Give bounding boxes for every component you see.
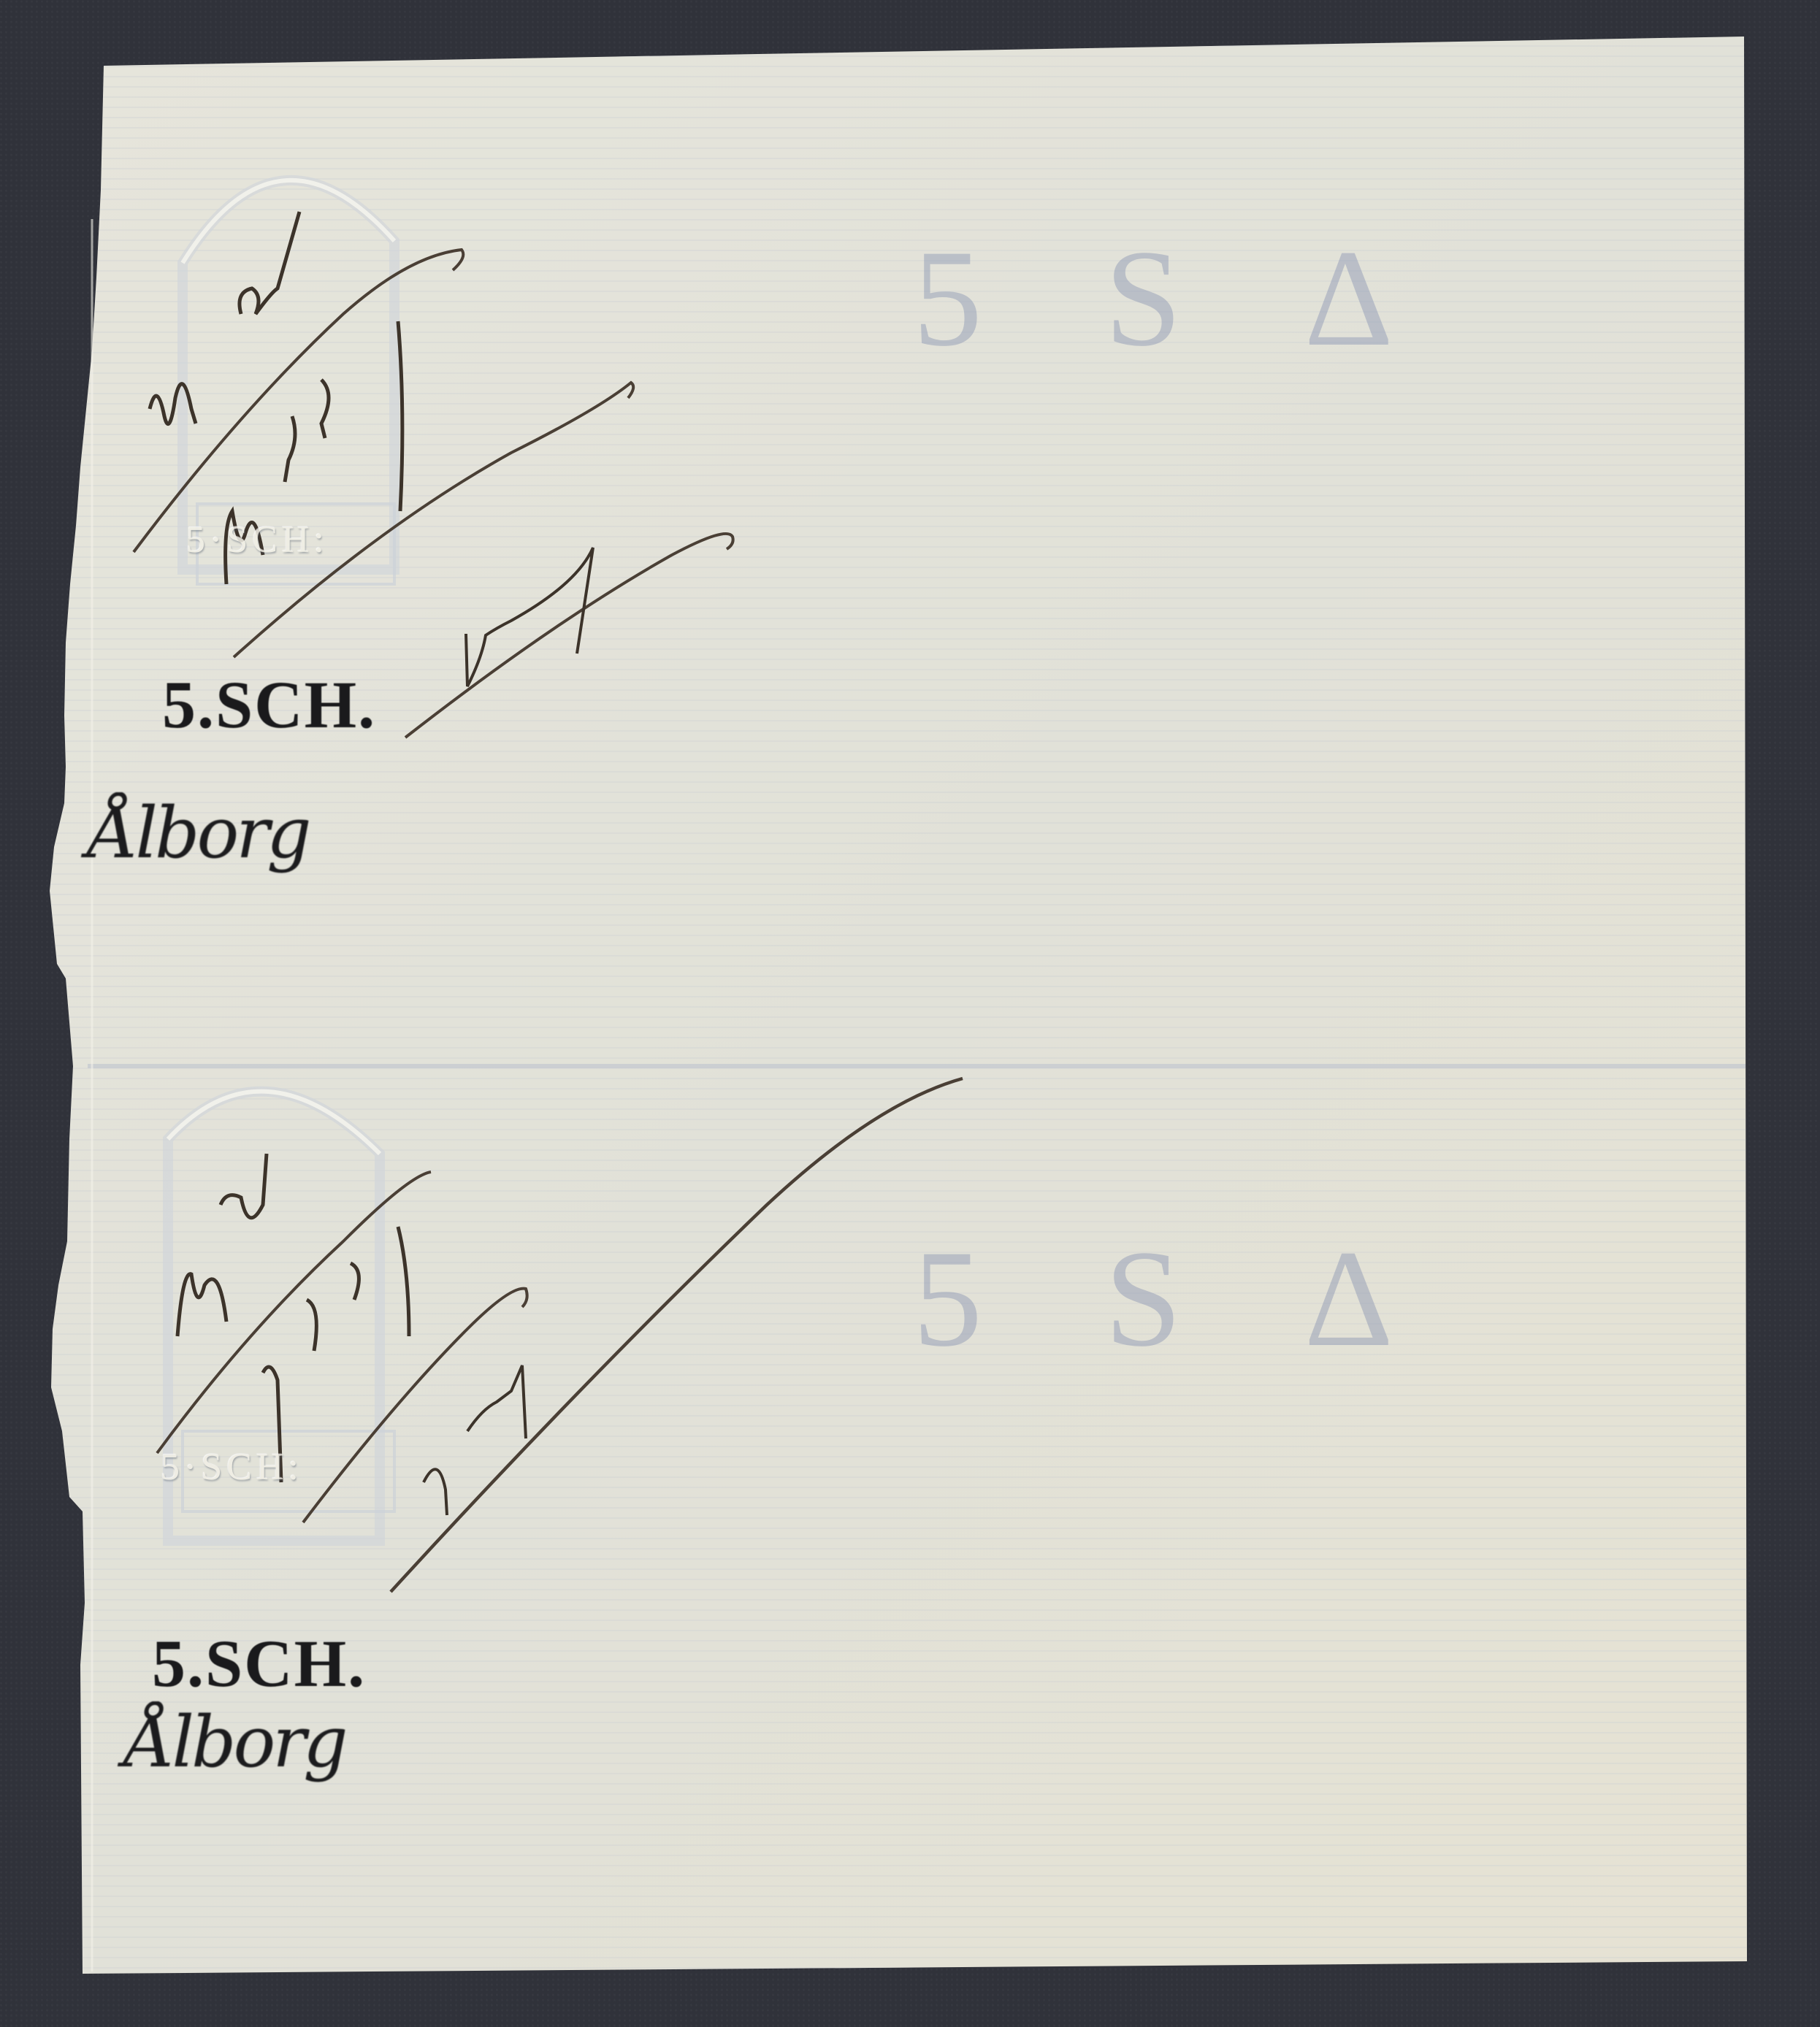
watermark-upper: 5 S Δ — [913, 219, 1437, 378]
embossed-seal-upper: 5·SCH: — [186, 518, 329, 562]
stamp-town-lower: Ålborg — [124, 1701, 345, 1783]
embossed-seal-lower: 5·SCH: — [161, 1446, 303, 1489]
document-sheet: 5 S Δ 5 S Δ 5·SCH: 5·SCH: 5.SCH. 5.SCH. … — [0, 0, 1820, 2027]
watermark-lower: 5 S Δ — [913, 1219, 1437, 1379]
stamp-town-upper: Ålborg — [88, 792, 309, 874]
stamp-value-lower: 5.SCH. — [152, 1625, 366, 1702]
stamp-value-upper: 5.SCH. — [162, 666, 376, 743]
